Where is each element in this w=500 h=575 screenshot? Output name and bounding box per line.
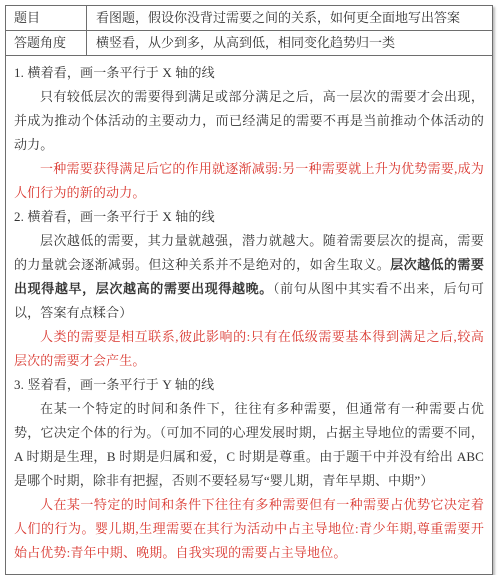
table-row-answer-angle: 答题角度 横竖看，从少到多，从高到低，相同变化趋势归一类 <box>6 31 492 56</box>
section-3-paragraph: 在某一个特定的时间和条件下，往往有多种需要，但通常有一种需要占优势，它决定个体的… <box>14 397 484 493</box>
table-row-title: 题目 看图题，假设你没背过需要之间的关系，如何更全面地写出答案 <box>6 6 492 31</box>
section-3: 3. 竖着看，画一条平行于 Y 轴的线 在某一个特定的时间和条件下，往往有多种需… <box>14 373 484 529</box>
section-3-heading: 3. 竖着看，画一条平行于 Y 轴的线 <box>14 373 484 397</box>
section-2-red-note: 人类的需要是相互联系,彼此影响的:只有在低级需要基本得到满足之后,较高层次的需要… <box>14 325 484 373</box>
section-2: 2. 横着看，画一条平行于 X 轴的线 层次越低的需要，其力量就越强，潜力就越大… <box>14 205 484 373</box>
row-label-title: 题目 <box>6 6 87 30</box>
answer-notes-sheet: 题目 看图题，假设你没背过需要之间的关系，如何更全面地写出答案 答题角度 横竖看… <box>5 5 493 529</box>
answer-body: 1. 横着看，画一条平行于 X 轴的线 只有较低层次的需要得到满足或部分满足之后… <box>6 56 492 529</box>
section-1: 1. 横着看，画一条平行于 X 轴的线 只有较低层次的需要得到满足或部分满足之后… <box>14 61 484 205</box>
section-1-red-note: 一种需要获得满足后它的作用就逐渐减弱:另一种需要就上升为优势需要,成为人们行为的… <box>14 157 484 205</box>
section-2-heading: 2. 横着看，画一条平行于 X 轴的线 <box>14 205 484 229</box>
row-content-title: 看图题，假设你没背过需要之间的关系，如何更全面地写出答案 <box>87 6 492 30</box>
section-3-red-note: 人在某一特定的时间和条件下往往有多种需要但有一种需要占优势它决定着人们的行为。婴… <box>14 493 484 529</box>
row-content-answer-angle: 横竖看，从少到多，从高到低，相同变化趋势归一类 <box>87 31 492 55</box>
section-1-heading: 1. 横着看，画一条平行于 X 轴的线 <box>14 61 484 85</box>
section-2-paragraph: 层次越低的需要，其力量就越强，潜力就越大。随着需要层次的提高，需要的力量就会逐渐… <box>14 229 484 325</box>
row-label-answer-angle: 答题角度 <box>6 31 87 55</box>
section-1-paragraph: 只有较低层次的需要得到满足或部分满足之后，高一层次的需要才会出现，并成为推动个体… <box>14 85 484 157</box>
